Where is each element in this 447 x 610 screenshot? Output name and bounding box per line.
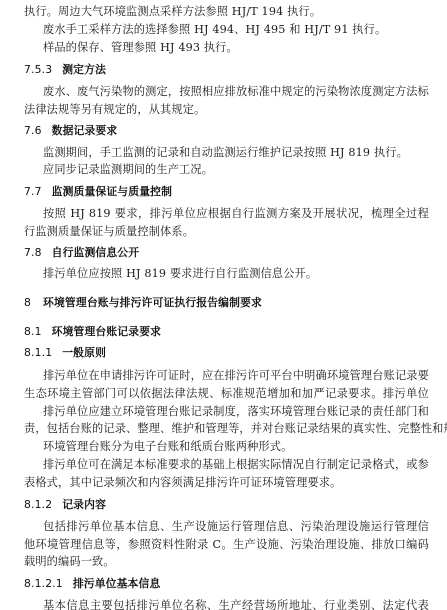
paragraph-line: 环境管理台账分为电子台账和纸质台账两种形式。: [43, 440, 429, 454]
section-title: 自行监测信息公开: [52, 246, 140, 259]
paragraph-line: 样品的保存、管理参照 HJ 493 执行。: [43, 41, 429, 55]
paragraph-line: 排污单位应按照 HJ 819 要求进行自行监测信息公开。: [43, 267, 429, 281]
section-heading: 8.1.2记录内容: [24, 498, 429, 512]
section-number: 8: [24, 296, 31, 310]
paragraph-line: 生态环境主管部门可以依据法律法规、标准规范增加和加严记录要求。排污单位也可自行增…: [24, 387, 429, 401]
section-number: 7.7: [24, 185, 42, 199]
document-page: 执行。周边大气环境监测点采样方法参照 HJ/T 194 执行。废水手工采样方法的…: [0, 0, 447, 610]
paragraph-line: 按照 HJ 819 要求，排污单位应根据自行监测方案及开展状况，梳理全过程监测质…: [43, 207, 429, 221]
paragraph-line: 法律法规等另有规定的，从其规定。: [24, 103, 429, 117]
paragraph-line: 基本信息主要包括排污单位名称、生产经营场所地址、行业类别、法定代表人、统一社会信…: [43, 599, 429, 610]
section-title: 记录内容: [62, 498, 106, 511]
paragraph-line: 他环境管理信息等，参照资料性附录 C。生产设施、污染治理设施、排放口编码应与排污…: [24, 538, 429, 552]
section-title: 监测质量保证与质量控制: [52, 185, 172, 198]
section-title: 测定方法: [62, 63, 106, 76]
section-heading: 7.5.3测定方法: [24, 63, 429, 77]
section-number: 7.5.3: [24, 63, 52, 77]
chapter-heading: 8环境管理台账与排污许可证执行报告编制要求: [24, 296, 429, 310]
section-title: 排污单位基本信息: [73, 577, 161, 590]
section-heading: 7.6数据记录要求: [24, 124, 429, 138]
paragraph-line: 应同步记录监测期间的生产工况。: [43, 163, 429, 177]
paragraph-line: 载明的编码一致。: [24, 555, 429, 569]
section-title: 环境管理台账记录要求: [52, 325, 161, 338]
section-number: 8.1: [24, 325, 42, 339]
paragraph-line: 排污单位可在满足本标准要求的基础上根据实际情况自行制定记录格式，或参照资料性附录…: [43, 458, 429, 472]
section-number: 8.1.2.1: [24, 577, 63, 591]
paragraph-line: 废水手工采样方法的选择参照 HJ 494、HJ 495 和 HJ/T 91 执行…: [43, 23, 429, 37]
paragraph-line: 排污单位应建立环境管理台账记录制度，落实环境管理台账记录的责任部门和责任人，明确…: [43, 405, 429, 419]
section-title: 数据记录要求: [52, 124, 118, 137]
section-number: 8.1.1: [24, 346, 52, 360]
paragraph-line: 排污单位在申请排污许可证时，应在排污许可平台中明确环境管理台账记录要求。有核发权…: [43, 369, 429, 383]
section-title: 环境管理台账与排污许可证执行报告编制要求: [43, 296, 262, 309]
section-number: 7.6: [24, 124, 42, 138]
section-heading: 8.1.2.1排污单位基本信息: [24, 577, 429, 591]
paragraph-line: 责，包括台账的记录、整理、维护和管理等，并对台账记录结果的真实性、完整性和规范性…: [24, 422, 429, 436]
paragraph-line: 监测期间，手工监测的记录和自动监测运行维护记录按照 HJ 819 执行。: [43, 146, 429, 160]
paragraph-line: 表格式，其中记录频次和内容须满足排污许可证环境管理要求。: [24, 476, 429, 490]
paragraph-line: 废水、废气污染物的测定，按照相应排放标准中规定的污染物浓度测定方法标准执行，国家…: [43, 85, 429, 99]
section-title: 一般原则: [62, 346, 106, 359]
paragraph-line: 行监测质量保证与质量控制体系。: [24, 225, 429, 239]
section-number: 7.8: [24, 246, 42, 260]
section-heading: 7.7监测质量保证与质量控制: [24, 185, 429, 199]
paragraph-line: 包括排污单位基本信息、生产设施运行管理信息、污染治理设施运行管理信息、监测记录信…: [43, 520, 429, 534]
section-number: 8.1.2: [24, 498, 52, 512]
paragraph-line: 执行。周边大气环境监测点采样方法参照 HJ/T 194 执行。: [24, 5, 429, 19]
section-heading: 8.1环境管理台账记录要求: [24, 325, 429, 339]
section-heading: 7.8自行监测信息公开: [24, 246, 429, 260]
section-heading: 8.1.1一般原则: [24, 346, 429, 360]
